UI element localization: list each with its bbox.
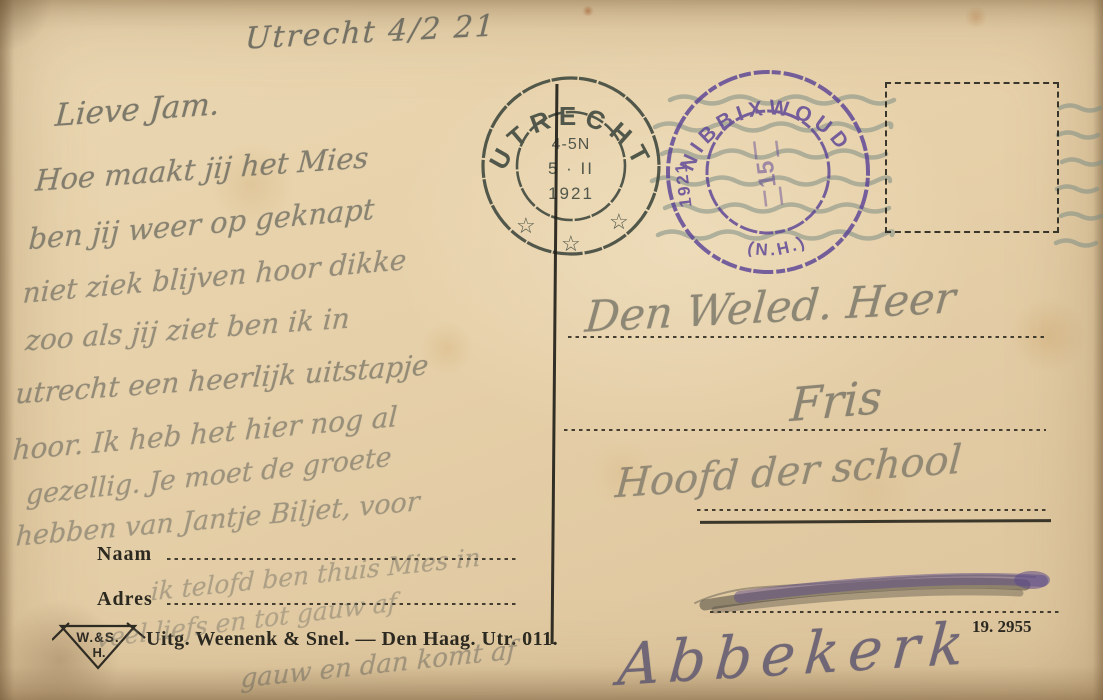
arrival-postmark-region: (N.H.)	[744, 231, 811, 263]
naam-label: Naam	[97, 544, 152, 564]
message-line: Lieve Jam.	[54, 89, 221, 132]
address-line-3-rule	[697, 509, 1047, 511]
message-line: utrecht een heerlijk uitstapje	[15, 351, 430, 408]
address-line-1: Den Weled. Heer	[583, 277, 957, 340]
crossed-out-scribble	[680, 555, 1080, 625]
star-icon: ☆	[561, 231, 581, 256]
postcard-back: NIBBIXWOUD (N.H.) 1921 15 UTRECHT 4-5N 5…	[0, 0, 1103, 700]
arrival-postmark-day: 15	[752, 159, 782, 189]
star-icon: ☆	[516, 213, 536, 238]
address-town: Abbekerk	[616, 614, 975, 694]
svg-text:(N.H.): (N.H.)	[744, 231, 811, 263]
address-line-3-underline	[700, 519, 1051, 524]
handwritten-date: Utrecht 4/2 21	[244, 11, 496, 54]
stamp-box	[885, 82, 1059, 233]
arrival-postmark: NIBBIXWOUD (N.H.) 1921 15	[645, 49, 890, 294]
star-icon: ☆	[609, 209, 629, 234]
message-line: ik telofd ben thuis Mies in	[150, 545, 480, 605]
utrecht-postmark: UTRECHT 4-5N 5 · II 1921 ☆ ☆ ☆	[476, 71, 666, 261]
message-line: niet ziek blijven hoor dikke	[22, 246, 407, 308]
message-line: Hoe maakt jij het Mies	[34, 143, 369, 196]
address-line-3: Hoofd der school	[614, 440, 963, 504]
message-line: zoo als jij ziet ben ik in	[24, 305, 350, 356]
adres-label: Adres	[97, 589, 153, 609]
message-line: ben jij weer op geknapt	[28, 195, 375, 254]
address-line-2: Fris	[789, 374, 883, 428]
